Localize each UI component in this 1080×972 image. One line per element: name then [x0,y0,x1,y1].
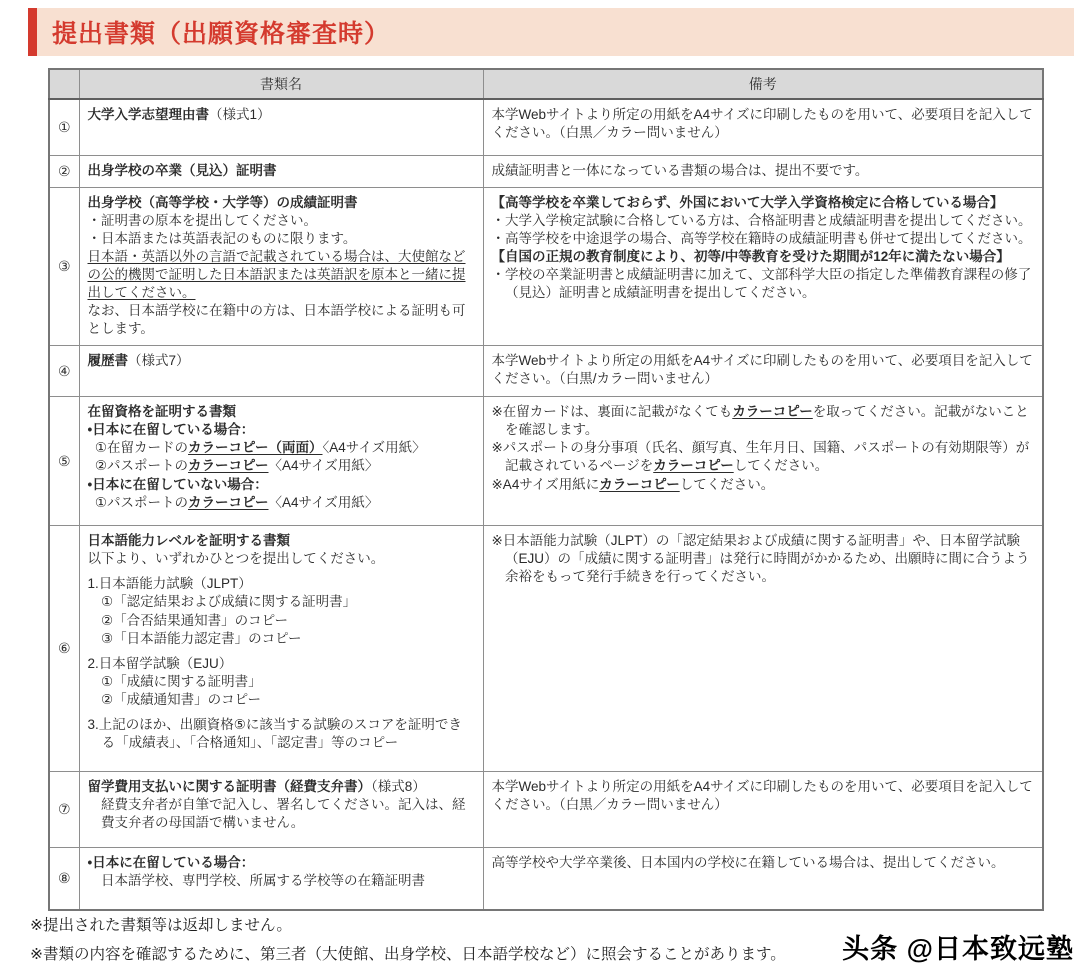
text-line: ・学校の卒業証明書と成績証明書に加えて、文部科学大臣の指定した準備教育課程の修了… [492,266,1035,302]
row-number: ⑤ [49,397,79,526]
remarks-cell: 【高等学校を卒業しておらず、外国において大学入学資格検定に合格している場合】・大… [483,187,1043,346]
text-line: ②「合否結果通知書」のコピー [88,612,475,630]
text-line: ①パスポートのカラーコピー〈A4サイズ用紙〉 [88,494,475,512]
text-line: 2.日本留学試験（EJU） [88,655,475,673]
documents-table-container: 書類名 備考 ①大学入学志望理由書（様式1）本学Webサイトより所定の用紙をA4… [48,68,1042,911]
row-number: ③ [49,187,79,346]
remarks-cell: 本学Webサイトより所定の用紙をA4サイズに印刷したものを用いて、必要項目を記入… [483,346,1043,397]
remarks-cell: 成績証明書と一体になっている書類の場合は、提出不要です。 [483,155,1043,187]
text-line: 本学Webサイトより所定の用紙をA4サイズに印刷したものを用いて、必要項目を記入… [492,352,1035,388]
text-line: ①「成績に関する証明書」 [88,673,475,691]
document-name-cell: 出身学校（高等学校・大学等）の成績証明書・証明書の原本を提出してください。・日本… [79,187,483,346]
text-line: なお、日本語学校に在籍中の方は、日本語学校による証明も可とします。 [88,302,475,338]
table-row: ⑦留学費用支払いに関する証明書（経費支弁書）（様式8）経費支弁者が自筆で記入し、… [49,772,1043,848]
document-name-cell: 日本語能力レベルを証明する書類以下より、いずれかひとつを提出してください。1.日… [79,526,483,772]
table-header-row: 書類名 備考 [49,69,1043,99]
text-line: ※パスポートの身分事項（氏名、顔写真、生年月日、国籍、パスポートの有効期限等）が… [492,439,1035,475]
note-verification: ※書類の内容を確認するために、第三者（大使館、出身学校、日本語学校など）に照会す… [30,944,786,966]
row-number: ② [49,155,79,187]
table-row: ②出身学校の卒業（見込）証明書成績証明書と一体になっている書類の場合は、提出不要… [49,155,1043,187]
text-line: 経費支弁者が自筆で記入し、署名してください。記入は、経費支弁者の母国語で構いませ… [88,796,475,832]
footer-notes: ※提出された書類等は返却しません。 ※書類の内容を確認するために、第三者（大使館… [30,908,786,967]
watermark-text: 头条 @日本致远塾 [842,927,1074,966]
table-row: ⑧•日本に在留している場合：日本語学校、専門学校、所属する学校等の在籍証明書高等… [49,848,1043,910]
col-header-name: 書類名 [79,69,483,99]
text-line: ※A4サイズ用紙にカラーコピーしてください。 [492,476,1035,494]
table-row: ③出身学校（高等学校・大学等）の成績証明書・証明書の原本を提出してください。・日… [49,187,1043,346]
table-row: ⑥日本語能力レベルを証明する書類以下より、いずれかひとつを提出してください。1.… [49,526,1043,772]
document-name-cell: 在留資格を証明する書類•日本に在留している場合：①在留カードのカラーコピー（両面… [79,397,483,526]
col-header-remarks: 備考 [483,69,1043,99]
text-line: 高等学校や大学卒業後、日本国内の学校に在籍している場合は、提出してください。 [492,854,1035,872]
remarks-cell: 本学Webサイトより所定の用紙をA4サイズに印刷したものを用いて、必要項目を記入… [483,772,1043,848]
text-line: 以下より、いずれかひとつを提出してください。 [88,550,475,568]
documents-table-body: ①大学入学志望理由書（様式1）本学Webサイトより所定の用紙をA4サイズに印刷し… [49,99,1043,910]
row-number: ⑦ [49,772,79,848]
document-name-cell: 大学入学志望理由書（様式1） [79,99,483,155]
text-line: 留学費用支払いに関する証明書（経費支弁書）（様式8） [88,778,475,796]
text-line: ・高等学校を中途退学の場合、高等学校在籍時の成績証明書も併せて提出してください。 [492,230,1035,248]
text-line: 出身学校の卒業（見込）証明書 [88,162,475,180]
text-line: 3.上記のほか、出願資格⑤に該当する試験のスコアを証明できる「成績表」、「合格通… [88,716,475,752]
text-line: 出身学校（高等学校・大学等）の成績証明書 [88,194,475,212]
document-name-cell: 留学費用支払いに関する証明書（経費支弁書）（様式8）経費支弁者が自筆で記入し、署… [79,772,483,848]
table-row: ⑤在留資格を証明する書類•日本に在留している場合：①在留カードのカラーコピー（両… [49,397,1043,526]
table-row: ①大学入学志望理由書（様式1）本学Webサイトより所定の用紙をA4サイズに印刷し… [49,99,1043,155]
text-line: ※在留カードは、裏面に記載がなくてもカラーコピーを取ってください。記載がないこと… [492,403,1035,439]
text-line: 在留資格を証明する書類 [88,403,475,421]
row-number: ⑥ [49,526,79,772]
documents-table: 書類名 備考 ①大学入学志望理由書（様式1）本学Webサイトより所定の用紙をA4… [48,68,1044,911]
text-line: 大学入学志望理由書（様式1） [88,106,475,124]
text-line: 成績証明書と一体になっている書類の場合は、提出不要です。 [492,162,1035,180]
text-line: 履歴書（様式7） [88,352,475,370]
remarks-cell: ※日本語能力試験（JLPT）の「認定結果および成績に関する証明書」や、日本留学試… [483,526,1043,772]
text-line: ①在留カードのカラーコピー（両面）〈A4サイズ用紙〉 [88,439,475,457]
text-line: •日本に在留している場合： [88,854,475,872]
text-line: ③「日本語能力認定書」のコピー [88,630,475,648]
document-name-cell: 出身学校の卒業（見込）証明書 [79,155,483,187]
text-line: ・証明書の原本を提出してください。 [88,212,475,230]
remarks-cell: ※在留カードは、裏面に記載がなくてもカラーコピーを取ってください。記載がないこと… [483,397,1043,526]
col-header-number [49,69,79,99]
document-name-cell: 履歴書（様式7） [79,346,483,397]
text-line: 日本語・英語以外の言語で記載されている場合は、大使館などの公的機関で証明した日本… [88,248,475,302]
remarks-cell: 高等学校や大学卒業後、日本国内の学校に在籍している場合は、提出してください。 [483,848,1043,910]
text-line: 【高等学校を卒業しておらず、外国において大学入学資格検定に合格している場合】 [492,194,1035,212]
row-number: ④ [49,346,79,397]
text-line: ・大学入学検定試験に合格している方は、合格証明書と成績証明書を提出してください。 [492,212,1035,230]
text-line: 1.日本語能力試験（JLPT） [88,575,475,593]
page-title: 提出書類（出願資格審査時） [37,14,390,50]
text-line: ②「成績通知書」のコピー [88,691,475,709]
text-line: •日本に在留している場合： [88,421,475,439]
text-line: ①「認定結果および成績に関する証明書」 [88,593,475,611]
text-line: ②パスポートのカラーコピー〈A4サイズ用紙〉 [88,457,475,475]
text-line: 日本語能力レベルを証明する書類 [88,532,475,550]
text-line: 本学Webサイトより所定の用紙をA4サイズに印刷したものを用いて、必要項目を記入… [492,778,1035,814]
remarks-cell: 本学Webサイトより所定の用紙をA4サイズに印刷したものを用いて、必要項目を記入… [483,99,1043,155]
table-row: ④履歴書（様式7）本学Webサイトより所定の用紙をA4サイズに印刷したものを用い… [49,346,1043,397]
document-name-cell: •日本に在留している場合：日本語学校、専門学校、所属する学校等の在籍証明書 [79,848,483,910]
text-line: ※日本語能力試験（JLPT）の「認定結果および成績に関する証明書」や、日本留学試… [492,532,1035,586]
row-number: ⑧ [49,848,79,910]
title-accent-bar [28,8,37,56]
text-line: 本学Webサイトより所定の用紙をA4サイズに印刷したものを用いて、必要項目を記入… [492,106,1035,142]
note-no-return: ※提出された書類等は返却しません。 [30,915,786,937]
text-line: ・日本語または英語表記のものに限ります。 [88,230,475,248]
text-line: 【自国の正規の教育制度により、初等/中等教育を受けた期間が12年に満たない場合】 [492,248,1035,266]
row-number: ① [49,99,79,155]
section-title-banner: 提出書類（出願資格審査時） [28,8,1074,56]
text-line: •日本に在留していない場合： [88,476,475,494]
text-line: 日本語学校、専門学校、所属する学校等の在籍証明書 [88,872,475,890]
